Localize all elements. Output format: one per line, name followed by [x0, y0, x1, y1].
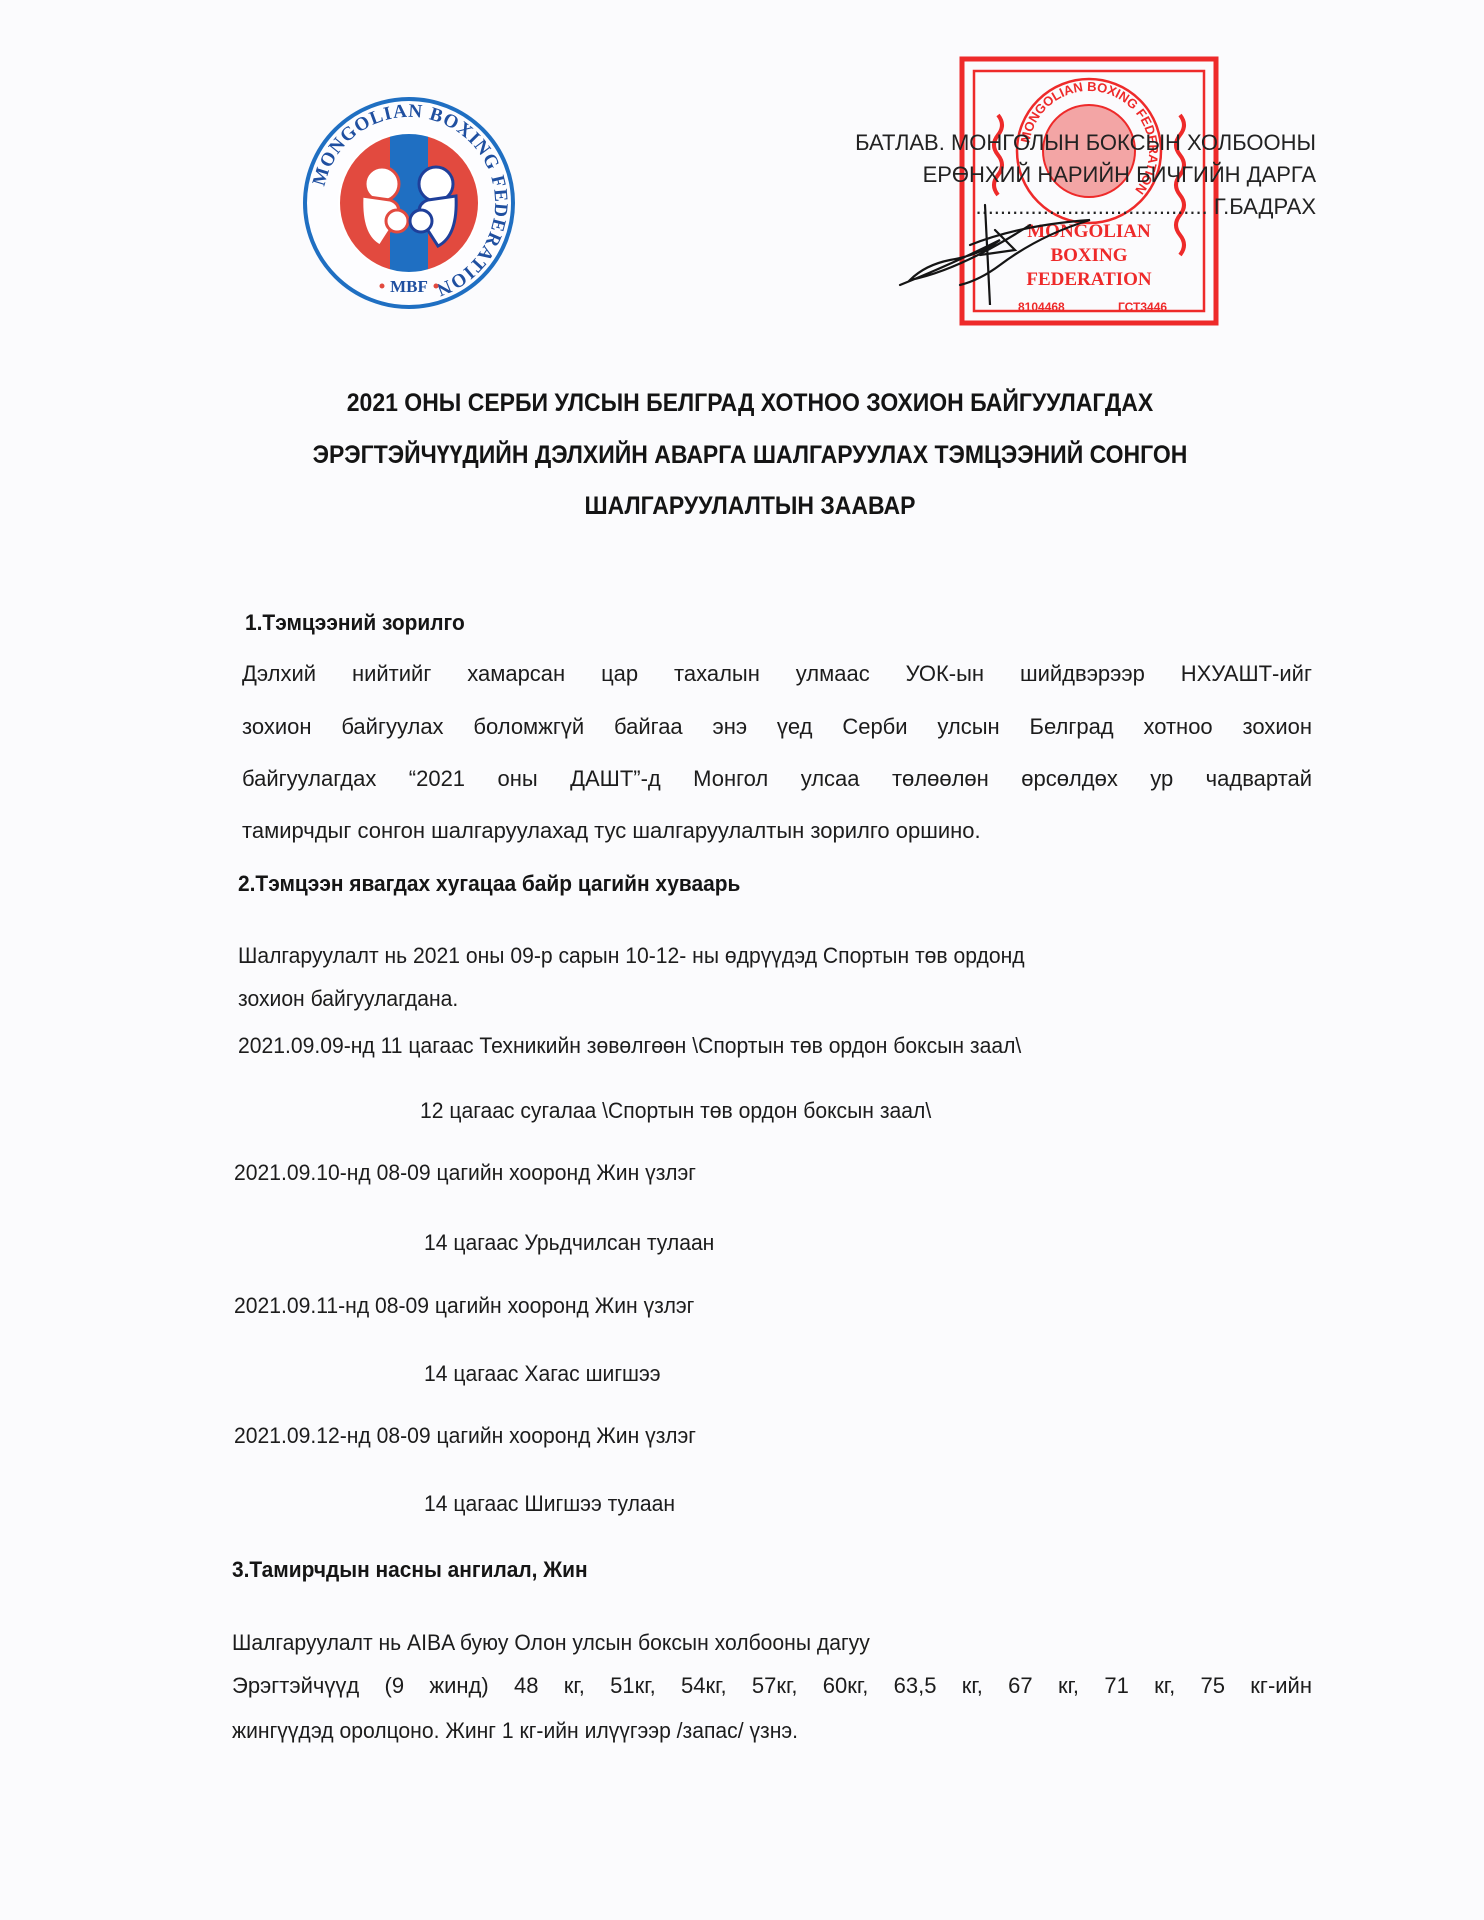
- section-1-line: тамирчдыг сонгон шалгаруулахад тус шалга…: [242, 817, 1312, 845]
- section-2-heading: 2.Тэмцээн явагдах хугацаа байр цагийн ху…: [238, 870, 740, 898]
- section-1-line: байгуулагдах “2021 оны ДАШТ”-д Монгол ул…: [242, 765, 1312, 793]
- schedule-item: 14 цагаас Шигшээ тулаан: [424, 1490, 675, 1518]
- section-3-line: жингүүдэд оролцоно. Жинг 1 кг-ийн илүүгэ…: [232, 1717, 798, 1745]
- section-3-line: Шалгаруулалт нь AIBA буюу Олон улсын бок…: [232, 1629, 870, 1657]
- schedule-item: 14 цагаас Урьдчилсан тулаан: [424, 1229, 714, 1257]
- schedule-item: 2021.09.10-нд 08-09 цагийн хооронд Жин ү…: [234, 1159, 696, 1187]
- svg-text:MBF: MBF: [390, 277, 428, 296]
- section-2-intro: зохион байгуулагдана.: [238, 985, 458, 1013]
- weight-classes-line: Эрэгтэйчүүд (9 жинд) 48 кг, 51кг, 54кг, …: [232, 1672, 1312, 1700]
- section-2-intro: Шалгаруулалт нь 2021 оны 09-р сарын 10-1…: [238, 942, 1025, 970]
- svg-text:ГСТ3446: ГСТ3446: [1118, 300, 1167, 314]
- mbf-logo: MONGOLIAN BOXING FEDERATION MBF: [302, 96, 516, 310]
- schedule-item: 2021.09.11-нд 08-09 цагийн хооронд Жин ү…: [234, 1292, 694, 1320]
- section-1-line: Дэлхий нийтийг хамарсан цар тахалын улма…: [242, 660, 1312, 688]
- schedule-item: 14 цагаас Хагас шигшээ: [424, 1360, 661, 1388]
- schedule-item: 2021.09.12-нд 08-09 цагийн хооронд Жин ү…: [234, 1422, 696, 1450]
- section-3-heading: 3.Тамирчдын насны ангилал, Жин: [232, 1556, 588, 1584]
- document-title-line-1: 2021 ОНЫ СЕРБИ УЛСЫН БЕЛГРАД ХОТНОО ЗОХИ…: [262, 388, 1237, 418]
- schedule-item: 12 цагаас сугалаа \Спортын төв ордон бок…: [420, 1097, 931, 1125]
- section-1-heading: 1.Тэмцээний зорилго: [245, 609, 465, 637]
- document-title-line-3: ШАЛГАРУУЛАЛТЫН ЗААВАР: [262, 491, 1237, 521]
- document-title-line-2: ЭРЭГТЭЙЧҮҮДИЙН ДЭЛХИЙН АВАРГА ШАЛГАРУУЛА…: [262, 440, 1237, 470]
- approval-line-1: БАТЛАВ. МОНГОЛЫН БОКСЫН ХОЛБООНЫ: [855, 127, 1316, 158]
- section-1-line: зохион байгуулах боломжгүй байгаа энэ үе…: [242, 713, 1312, 741]
- schedule-item: 2021.09.09-нд 11 цагаас Техникийн зөвөлг…: [238, 1032, 1021, 1060]
- signature: [890, 185, 1120, 305]
